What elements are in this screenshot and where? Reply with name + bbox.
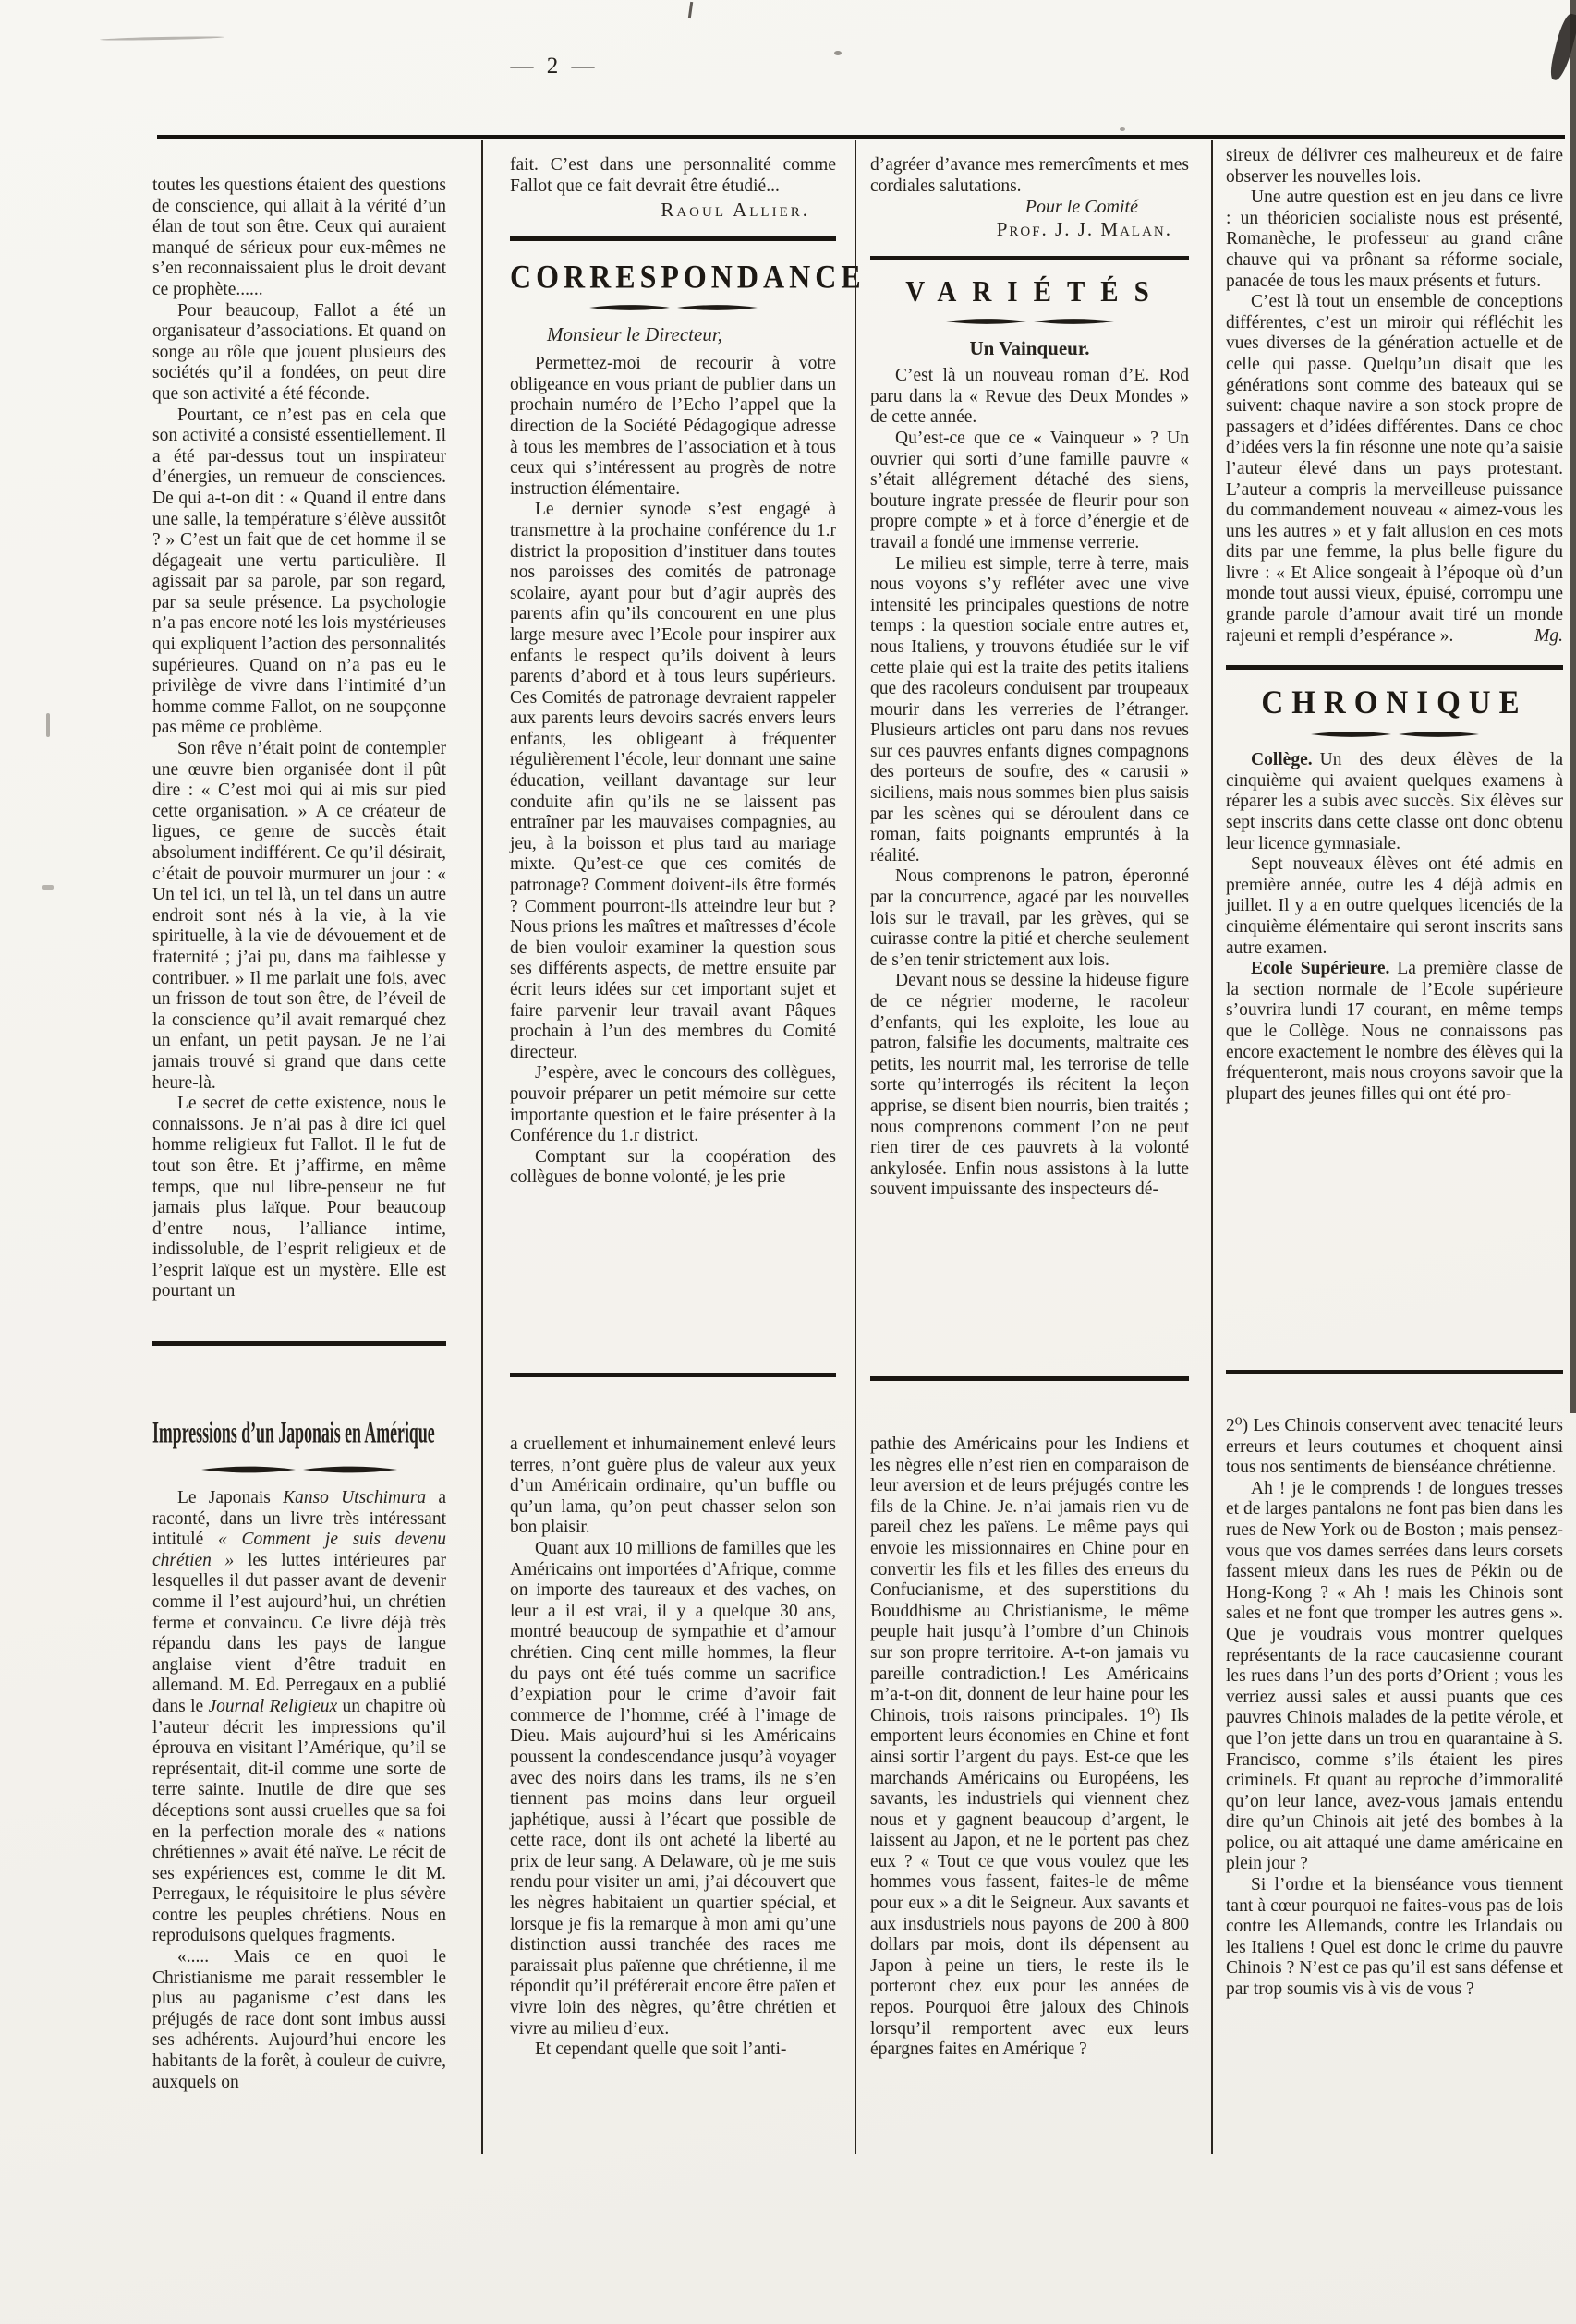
scan-speck <box>42 885 54 890</box>
column-4-top: sireux de délivrer ces malheureux et de … <box>1226 146 1563 1105</box>
top-rule <box>157 135 1565 139</box>
signoff-name: Prof. J. J. Malan. <box>870 218 1189 241</box>
scan-speck <box>1120 127 1125 131</box>
section-rule <box>870 256 1189 260</box>
divider-ornament-icon <box>198 1464 401 1475</box>
japonais-paragraph: Ah ! je le comprends ! de longues tresse… <box>1226 1479 1563 1875</box>
column-rule <box>1211 140 1213 2154</box>
chronique-item: Collège.Un des deux élèves de la cinquiè… <box>1226 750 1563 854</box>
section-end-rule <box>152 1341 446 1346</box>
signoff-role: Pour le Comité <box>870 197 1189 218</box>
newspaper-page: — 2 — toutes les questions étaient des q… <box>0 0 1576 2324</box>
varietes-paragraph-text: C’est là tout un ensemble de conceptions… <box>1226 292 1563 646</box>
section-end-rule <box>510 1373 836 1377</box>
correspondance-paragraph: Permettez-moi de recourir à votre oblige… <box>510 354 836 500</box>
divider-ornament-icon <box>942 317 1118 326</box>
author-signature: Raoul Allier. <box>510 199 836 222</box>
column-rule <box>855 140 856 2154</box>
column-1-bottom: Impressions d’un Japonais en Amérique Le… <box>152 1413 446 2093</box>
varietes-paragraph: Nous comprenons le patron, éperonné par … <box>870 866 1189 971</box>
fallot-continuation: fait. C’est dans une personnalité comme … <box>510 155 836 197</box>
author-initials: Mg. <box>1509 626 1563 648</box>
scan-speck <box>46 713 50 737</box>
correspondance-paragraph: Le dernier synode s’est engagé à transme… <box>510 500 836 1063</box>
japonais-quote-paragraph: «..... Mais ce en quoi le Christianisme … <box>152 1947 446 2093</box>
column-3-top: d’agréer d’avance mes remercîments et me… <box>870 155 1189 1201</box>
column-4-bottom: 2⁰) Les Chinois conservent avec tenacité… <box>1226 1416 1563 2001</box>
chronique-item-text: La première classe de la section normale… <box>1226 959 1563 1104</box>
japonais-continuation: a cruellement et inhumainement enlevé le… <box>510 1434 836 1539</box>
chronique-item-lead: Collège. <box>1251 750 1313 769</box>
section-end-rule <box>1226 1370 1563 1374</box>
scan-edge-artifact <box>1570 0 1576 1413</box>
japonais-paragraph: Si l’ordre et la bienséance vous tiennen… <box>1226 1875 1563 2001</box>
fallot-paragraph: Pourtant, ce n’est pas en cela que son a… <box>152 405 446 740</box>
section-title-chronique: CHRONIQUE <box>1226 685 1563 722</box>
scan-corner-artifact <box>1547 12 1576 82</box>
column-3-bottom: pathie des Américains pour les Indiens e… <box>870 1434 1189 2061</box>
page-number: — 2 — <box>462 54 647 79</box>
japonais-paragraph: Le Japonais Kanso Utschimura a raconté, … <box>152 1488 446 1947</box>
japonais-paragraph: 2⁰) Les Chinois conservent avec tenacité… <box>1226 1416 1563 1479</box>
varietes-continuation: sireux de délivrer ces malheureux et de … <box>1226 146 1563 188</box>
correspondance-paragraph: J’espère, avec le concours des collègues… <box>510 1063 836 1146</box>
article-subtitle: Un Vainqueur. <box>870 337 1189 360</box>
chronique-item-text: Sept nouveaux élèves ont été admis en pr… <box>1226 854 1563 957</box>
column-rule <box>481 140 483 2154</box>
varietes-paragraph: C’est là tout un ensemble de conceptions… <box>1226 292 1563 647</box>
japonais-paragraph: Et cependant quelle que soit l’anti- <box>510 2040 836 2061</box>
section-title-varietes: VARIÉTÉS <box>870 276 1189 309</box>
column-2-top: fait. C’est dans une personnalité comme … <box>510 155 836 1189</box>
varietes-paragraph: Qu’est-ce que ce « Vainqueur » ? Un ouvr… <box>870 429 1189 554</box>
scan-ink-mark <box>688 2 693 18</box>
divider-ornament-icon <box>1307 730 1483 739</box>
column-2-bottom: a cruellement et inhumainement enlevé le… <box>510 1434 836 2061</box>
fallot-paragraph: Pour beaucoup, Fallot a été un organisat… <box>152 301 446 405</box>
section-rule <box>510 236 836 241</box>
chronique-item-lead: Ecole Supérieure. <box>1251 959 1389 978</box>
section-end-rule <box>870 1376 1189 1381</box>
divider-ornament-icon <box>586 303 761 312</box>
section-title-correspondance: CORRESPONDANCE <box>510 258 836 296</box>
fallot-paragraph: toutes les questions étaient des questio… <box>152 176 446 301</box>
chronique-item: Sept nouveaux élèves ont été admis en pr… <box>1226 854 1563 959</box>
varietes-paragraph: Devant nous se dessine la hideuse figure… <box>870 971 1189 1201</box>
fallot-paragraph: Le secret de cette existence, nous le co… <box>152 1094 446 1302</box>
column-1-top: toutes les questions étaient des questio… <box>152 176 446 1302</box>
chronique-item: Ecole Supérieure.La première classe de l… <box>1226 959 1563 1105</box>
section-rule <box>1226 665 1563 670</box>
correspondance-continuation: d’agréer d’avance mes remercîments et me… <box>870 155 1189 197</box>
correspondance-paragraph: Comptant sur la coopération des collègue… <box>510 1147 836 1189</box>
scan-pencil-mark <box>100 36 224 42</box>
varietes-paragraph: Une autre question est en jeu dans ce li… <box>1226 188 1563 292</box>
article-title-japonais: Impressions d’un Japonais en Amérique <box>152 1416 445 1450</box>
fallot-paragraph: Son rêve n’était point de contempler une… <box>152 739 446 1094</box>
varietes-paragraph: C’est là un nouveau roman d’E. Rod paru … <box>870 366 1189 429</box>
scan-speck <box>834 51 842 55</box>
japonais-paragraph: Quant aux 10 millions de familles que le… <box>510 1539 836 2040</box>
varietes-paragraph: Le milieu est simple, terre à terre, mai… <box>870 554 1189 867</box>
japonais-continuation: pathie des Américains pour les Indiens e… <box>870 1434 1189 2061</box>
letter-salutation: Monsieur le Directeur, <box>510 323 836 346</box>
